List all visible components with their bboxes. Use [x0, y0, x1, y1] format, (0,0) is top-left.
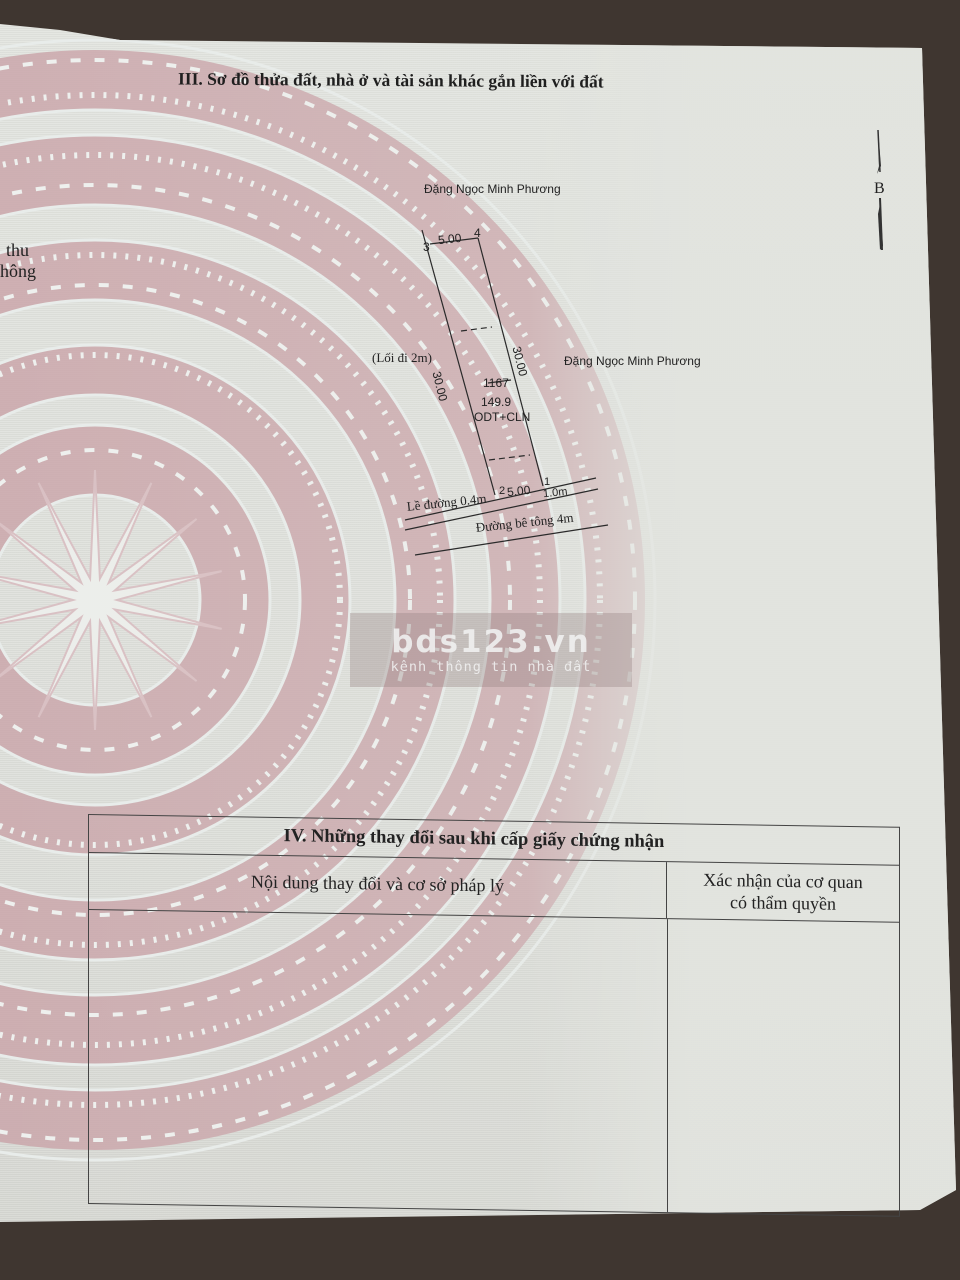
west-access-label: (Lối đi 2m) [372, 350, 432, 366]
column-header-content: Nội dung thay đổi và cơ sở pháp lý [89, 853, 667, 918]
confirmation-cell [668, 919, 899, 1216]
content-cell [89, 910, 668, 1212]
parcel-number: 1167 [483, 376, 509, 390]
section-4-title: IV. Những thay đổi sau khi cấp giấy chứn… [284, 826, 665, 853]
setback-label: 1.0m [542, 486, 568, 500]
edge-length-bottom: 5.00 [506, 483, 531, 499]
edge-length-top: 5.00 [437, 231, 462, 247]
changes-table: IV. Những thay đổi sau khi cấp giấy chứn… [88, 814, 900, 1217]
parcel-area: 149.9 [481, 395, 511, 409]
corner-label: 1 [544, 476, 550, 488]
corner-label: 2 [499, 485, 505, 497]
watermark-subtitle: kênh thông tin nhà đất [391, 659, 592, 675]
neighbor-north-label: Đặng Ngọc Minh Phương [424, 182, 561, 196]
land-use-code: ODT+CLN [474, 410, 530, 424]
changes-table-body [89, 910, 899, 1216]
watermark-title: bds123.vn [391, 625, 591, 659]
column-header-confirmation: Xác nhận của cơ quan có thẩm quyền [667, 862, 899, 922]
corner-label: 4 [474, 226, 481, 240]
watermark: bds123.vn kênh thông tin nhà đất [350, 613, 632, 687]
neighbor-east-label: Đặng Ngọc Minh Phương [564, 354, 701, 368]
corner-label: 3 [423, 240, 430, 254]
